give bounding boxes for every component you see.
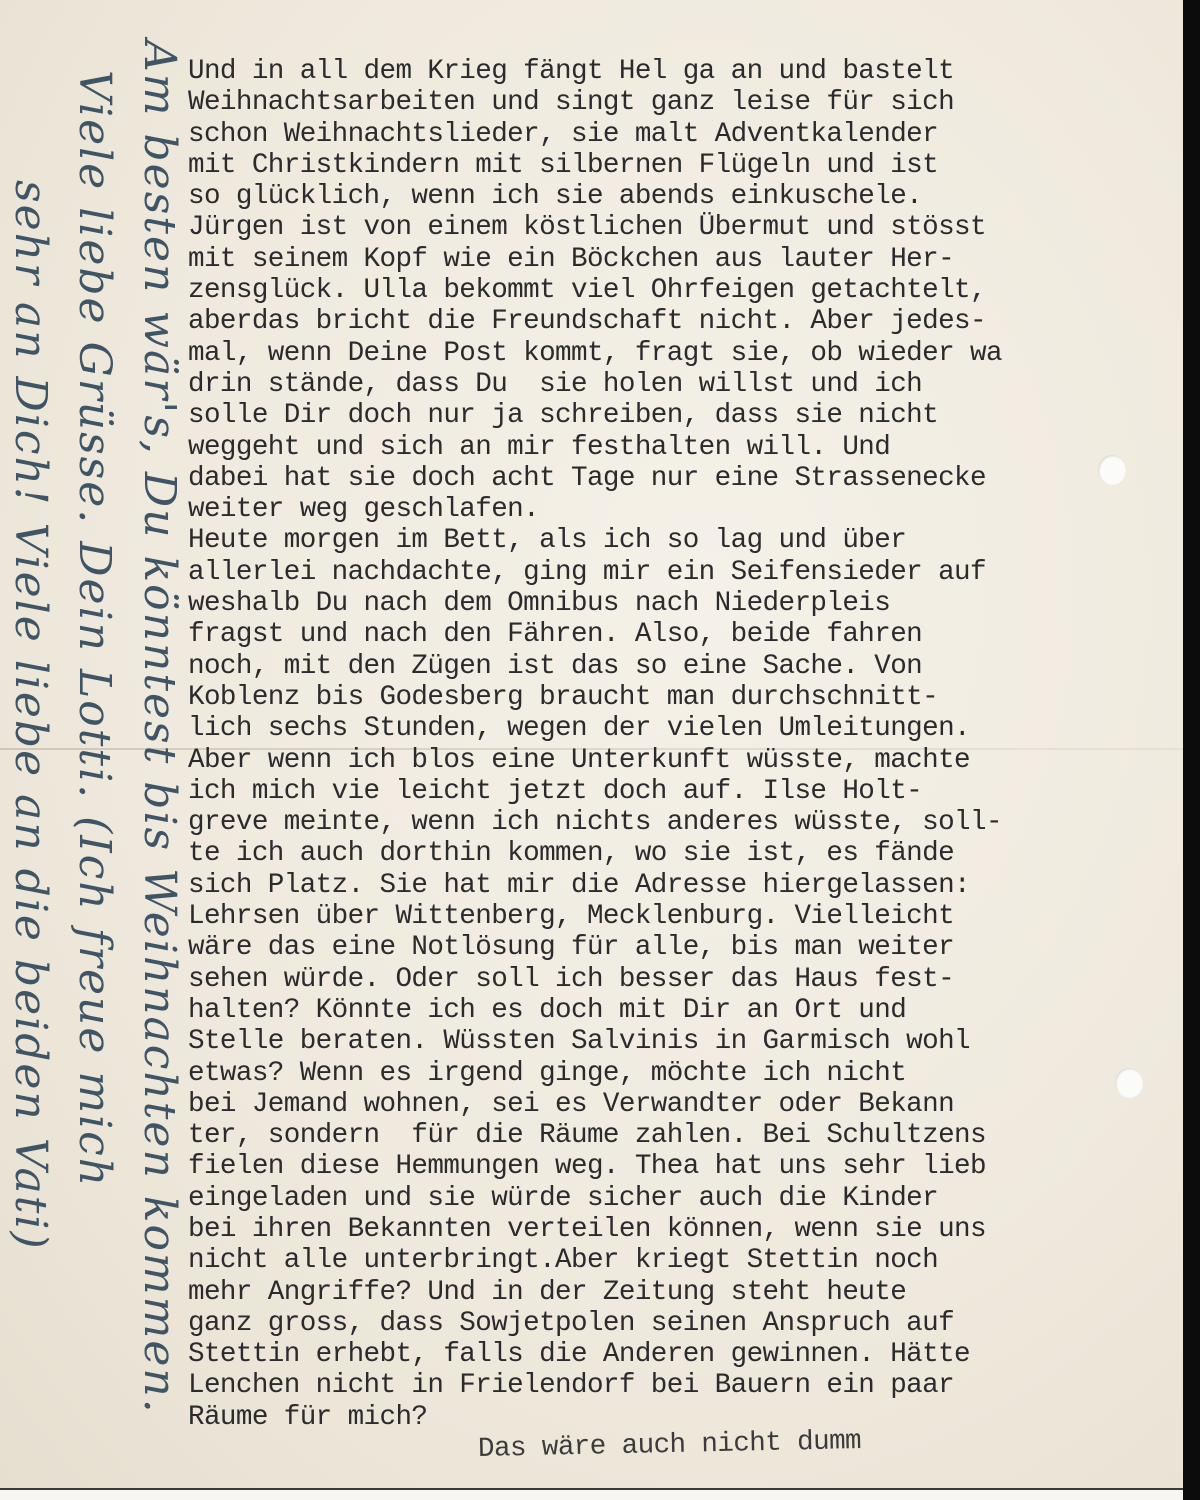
letter-page: Am besten wär's, Du könntest bis Weihnac… xyxy=(0,0,1183,1488)
typed-line: ich mich vie leicht jetzt doch auf. Ilse… xyxy=(188,776,1002,807)
typewritten-body: Und in all dem Krieg fängt Hel ga an und… xyxy=(188,56,1002,1433)
typed-line: wäre das eine Notlösung für alle, bis ma… xyxy=(188,932,1002,963)
typed-line: bei ihren Bekannten verteilen können, we… xyxy=(188,1214,1002,1245)
typed-line: lich sechs Stunden, wegen der vielen Uml… xyxy=(188,713,1002,744)
typed-line: eingeladen und sie würde sicher auch die… xyxy=(188,1183,1002,1214)
handwritten-line: Am besten wär's, Du könntest bis Weihnac… xyxy=(134,40,185,1415)
typed-line: Räume für mich? xyxy=(188,1402,1002,1433)
typed-line: solle Dir doch nur ja schreiben, dass si… xyxy=(188,400,1002,431)
typed-line: mit seinem Kopf wie ein Böckchen aus lau… xyxy=(188,244,1002,275)
typed-line: fielen diese Hemmungen weg. Thea hat uns… xyxy=(188,1151,1002,1182)
typed-line: weshalb Du nach dem Omnibus nach Niederp… xyxy=(188,588,1002,619)
typed-line: noch, mit den Zügen ist das so eine Sach… xyxy=(188,651,1002,682)
punch-hole xyxy=(1115,1068,1143,1098)
typed-line: nicht alle unterbringt.Aber kriegt Stett… xyxy=(188,1245,1002,1276)
typed-line: fragst und nach den Fähren. Also, beide … xyxy=(188,619,1002,650)
typed-line: Lenchen nicht in Frielendorf bei Bauern … xyxy=(188,1370,1002,1401)
overtyped-text: Das wäre auch nicht dumm xyxy=(478,1426,862,1465)
typed-line: etwas? Wenn es irgend ginge, möchte ich … xyxy=(188,1058,1002,1089)
handwritten-margin-note: Am besten wär's, Du könntest bis Weihnac… xyxy=(0,0,200,1500)
typed-line: mal, wenn Deine Post kommt, fragt sie, o… xyxy=(188,338,1002,369)
typed-line: Heute morgen im Bett, als ich so lag und… xyxy=(188,525,1002,556)
typed-line: Lehrsen über Wittenberg, Mecklenburg. Vi… xyxy=(188,901,1002,932)
typed-line: aberdas bricht die Freundschaft nicht. A… xyxy=(188,306,1002,337)
handwritten-line: Viele liebe Grüsse. Dein Lotti. (Ich fre… xyxy=(69,70,120,1188)
typed-line: weiter weg geschlafen. xyxy=(188,494,1002,525)
typed-line: mit Christkindern mit silbernen Flügeln … xyxy=(188,150,1002,181)
typed-line: te ich auch dorthin kommen, wo sie ist, … xyxy=(188,838,1002,869)
typed-line: ganz gross, dass Sowjetpolen seinen Ansp… xyxy=(188,1308,1002,1339)
typed-line: halten? Könnte ich es doch mit Dir an Or… xyxy=(188,995,1002,1026)
typed-line: drin stände, dass Du sie holen willst un… xyxy=(188,369,1002,400)
typed-line: sich Platz. Sie hat mir die Adresse hier… xyxy=(188,870,1002,901)
typed-line: dabei hat sie doch acht Tage nur eine St… xyxy=(188,463,1002,494)
typed-line: Koblenz bis Godesberg braucht man durchs… xyxy=(188,682,1002,713)
typed-line: bei Jemand wohnen, sei es Verwandter ode… xyxy=(188,1089,1002,1120)
punch-hole xyxy=(1098,455,1126,485)
typed-line: Aber wenn ich blos eine Unterkunft wüsst… xyxy=(188,745,1002,776)
typed-line: Stelle beraten. Wüssten Salvinis in Garm… xyxy=(188,1026,1002,1057)
typed-line: ter, sondern für die Räume zahlen. Bei S… xyxy=(188,1120,1002,1151)
typed-line: sehen würde. Oder soll ich besser das Ha… xyxy=(188,964,1002,995)
typed-line: Und in all dem Krieg fängt Hel ga an und… xyxy=(188,56,1002,87)
scan-bottom-edge xyxy=(0,1488,1183,1500)
scan-edge-border xyxy=(1183,0,1200,1500)
typed-line: mehr Angriffe? Und in der Zeitung steht … xyxy=(188,1277,1002,1308)
handwritten-line: sehr an Dich! Viele liebe an die beiden … xyxy=(5,180,56,1251)
typed-line: Weihnachtsarbeiten und singt ganz leise … xyxy=(188,87,1002,118)
typed-line: greve meinte, wenn ich nichts anderes wü… xyxy=(188,807,1002,838)
typed-line: zensglück. Ulla bekommt viel Ohrfeigen g… xyxy=(188,275,1002,306)
typed-line: weggeht und sich an mir festhalten will.… xyxy=(188,432,1002,463)
typed-line: Jürgen ist von einem köstlichen Übermut … xyxy=(188,212,1002,243)
typed-line: so glücklich, wenn ich sie abends einkus… xyxy=(188,181,1002,212)
typed-line: Stettin erhebt, falls die Anderen gewinn… xyxy=(188,1339,1002,1370)
typed-line: allerlei nachdachte, ging mir ein Seifen… xyxy=(188,557,1002,588)
typed-line: schon Weihnachtslieder, sie malt Adventk… xyxy=(188,119,1002,150)
